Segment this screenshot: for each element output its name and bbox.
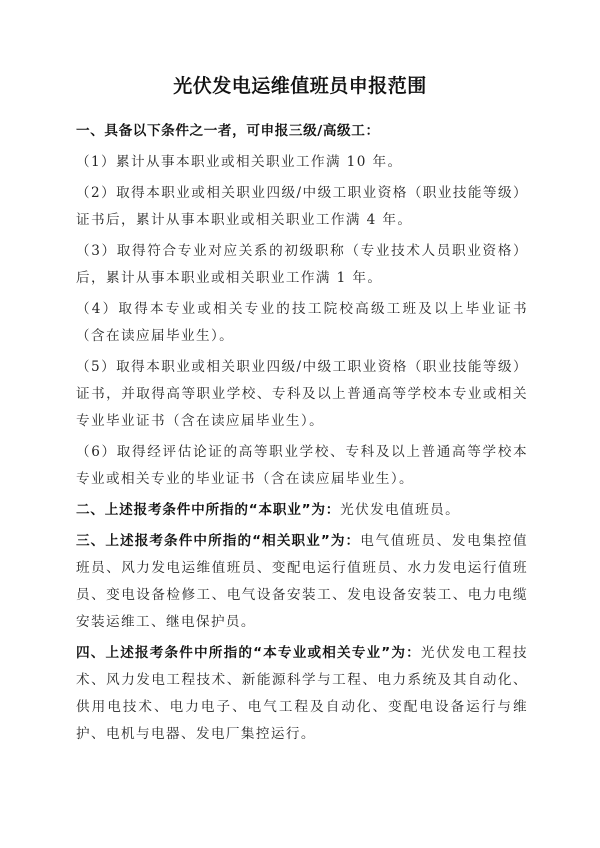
document-body: 一、具备以下条件之一者，可申报三级/高级工： （1）累计从事本职业或相关职业工作…	[76, 118, 528, 752]
condition-item-6: （6）取得经评估论证的高等职业学校、专科及以上普通高等学校本专业或相关专业的毕业…	[76, 439, 528, 493]
document-page: 光伏发电运维值班员申报范围 一、具备以下条件之一者，可申报三级/高级工： （1）…	[0, 0, 600, 848]
section-4-heading: 四、上述报考条件中所指的“本专业或相关专业”为：	[76, 645, 421, 661]
section-3-heading: 三、上述报考条件中所指的“相关职业”为：	[76, 533, 360, 549]
section-1-heading-text: 一、具备以下条件之一者，可申报三级/高级工：	[76, 123, 380, 139]
section-2-content: 光伏发电值班员。	[340, 502, 460, 518]
section-3: 三、上述报考条件中所指的“相关职业”为：电气值班员、发电集控值班员、风力发电运维…	[76, 528, 528, 636]
section-1-heading: 一、具备以下条件之一者，可申报三级/高级工：	[76, 118, 528, 145]
condition-item-4: （4）取得本专业或相关专业的技工院校高级工班及以上毕业证书（含在读应届毕业生）。	[76, 296, 528, 350]
condition-item-1: （1）累计从事本职业或相关职业工作满 10 年。	[76, 149, 528, 176]
condition-item-3: （3）取得符合专业对应关系的初级职称（专业技术人员职业资格）后，累计从事本职业或…	[76, 238, 528, 292]
section-2: 二、上述报考条件中所指的“本职业”为：光伏发电值班员。	[76, 497, 528, 524]
condition-item-5: （5）取得本职业或相关职业四级/中级工职业资格（职业技能等级）证书，并取得高等职…	[76, 354, 528, 435]
page-title: 光伏发电运维值班员申报范围	[0, 72, 600, 100]
condition-item-2: （2）取得本职业或相关职业四级/中级工职业资格（职业技能等级）证书后，累计从事本…	[76, 180, 528, 234]
section-4: 四、上述报考条件中所指的“本专业或相关专业”为：光伏发电工程技术、风力发电工程技…	[76, 640, 528, 748]
section-2-heading: 二、上述报考条件中所指的“本职业”为：	[76, 502, 340, 518]
